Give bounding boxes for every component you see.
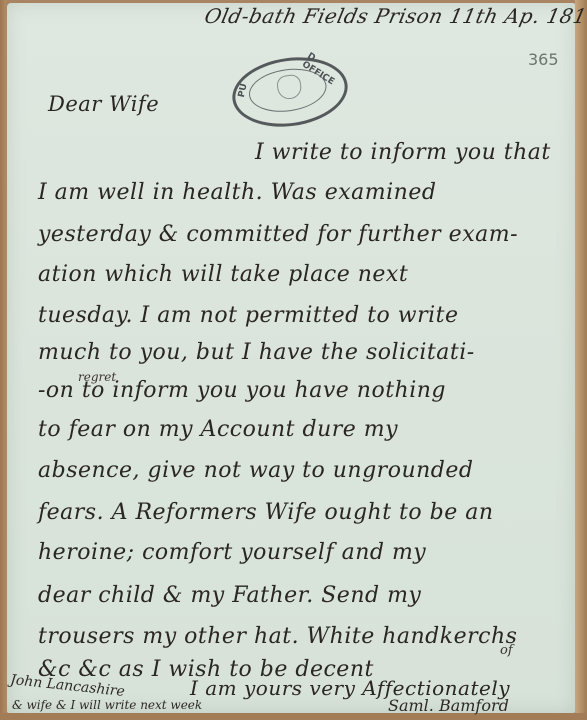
body-line-5: tuesday. I am not permitted to write	[38, 303, 459, 328]
margin-note: of	[500, 643, 513, 658]
body-line-4: ation which will take place next	[38, 262, 408, 287]
body-line-9: absence, give not way to ungrounded	[38, 458, 473, 483]
body-line-11: heroine; comfort yourself and my	[38, 540, 426, 565]
body-line-3: yesterday & committed for further exam-	[38, 222, 518, 247]
body-line-2: I am well in health. Was examined	[38, 180, 436, 205]
frame-right-edge	[575, 0, 587, 720]
reference-number: 365	[528, 50, 559, 69]
body-line-8: to fear on my Account dure my	[38, 417, 398, 442]
salutation: Dear Wife	[48, 92, 159, 116]
signature: Saml. Bamford	[388, 696, 509, 715]
inserted-word: regret	[78, 370, 116, 384]
body-line-6: much to you, but I have the solicitati-	[38, 340, 475, 365]
stamp-text-left: PU	[237, 83, 250, 99]
letter-heading: Old-bath Fields Prison 11th Ap. 1817	[202, 4, 587, 28]
body-line-10: fears. A Reformers Wife ought to be an	[38, 500, 494, 525]
body-line-1: I write to inform you that	[255, 140, 551, 165]
postscript-line: & wife & I will write next week	[12, 698, 202, 712]
body-line-12: dear child & my Father. Send my	[38, 583, 421, 608]
body-line-13: trousers my other hat. White handkerchs	[38, 624, 517, 649]
